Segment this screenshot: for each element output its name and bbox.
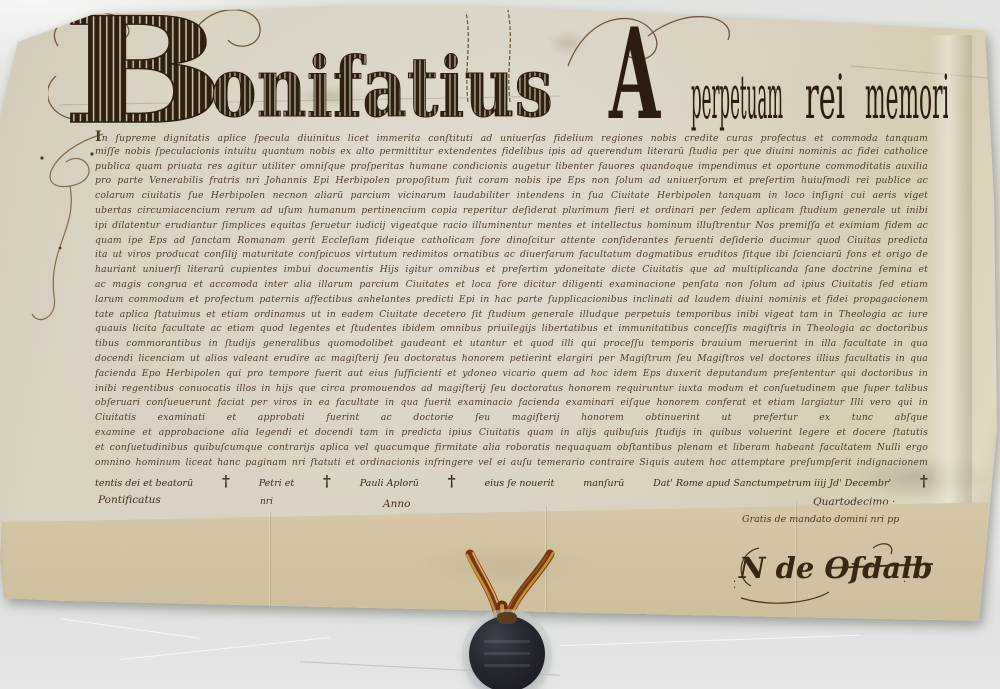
manuscript-line: inibi regentibus conuocatis illos in hij… — [95, 382, 928, 397]
nri-abbreviation: nri — [260, 497, 273, 507]
closing-line: tentis dei et beatorū†Petri et†Pauli Apl… — [95, 472, 928, 489]
manuscript-line: et conſuetudinibus quibuſcumque contrari… — [95, 441, 928, 456]
manuscript-line: pro parte Venerabilis fratris nri Johann… — [95, 174, 928, 189]
svg-text:A: A — [608, 6, 661, 138]
manuscript-line: ac magis congrua et accomoda inter alia … — [95, 278, 928, 293]
illuminated-header: B onifatius A perpetuam rei memoriam — [48, 6, 948, 138]
elongated-script: A perpetuam rei memoriam — [608, 6, 948, 138]
closing-segment: Dat' Rome apud Sanctumpetrum iiij Jd' De… — [653, 478, 891, 489]
cross-mark: † — [222, 474, 230, 489]
manuscript-line: docendi licenciam ut alios valeant erudi… — [95, 352, 928, 367]
manuscript-line: omnino hominum liceat hanc paginam nri ſ… — [95, 456, 928, 471]
seal-inscription-line — [484, 652, 530, 655]
svg-text:memoriam: memoriam — [865, 63, 948, 134]
manuscript-line: ipi dilatentur erudiantur ſimplices equi… — [95, 219, 928, 234]
cross-mark: † — [920, 474, 928, 489]
manuscript-line: publica quam priuata res agitur utiliter… — [95, 160, 928, 175]
pontificatus-label: Pontificatus — [98, 494, 161, 506]
svg-text:B: B — [62, 6, 225, 138]
header-name: onifatius — [211, 40, 553, 136]
manuscript-line: obſeruari conſueuerunt faciat per viros … — [95, 396, 928, 411]
manuscript-line: facienda Epo Herbipolen qui pro tempore … — [95, 367, 928, 382]
manuscript-line: Ciuitatis examinati et approbati fuerint… — [95, 411, 928, 426]
svg-text:onifatius: onifatius — [211, 40, 553, 136]
manuscript-text-block: In ſupreme dignitatis aplice ſpecula diu… — [95, 130, 928, 470]
scribe-signature: N de Oſdalb ⁚ ⁚ — [733, 538, 943, 608]
manuscript-line: miſſe nobis ſpeculacionis intuitu quantu… — [95, 145, 928, 160]
lead-bulla-icon — [469, 616, 545, 689]
manuscript-line: quam ipe Eps ad ſanctam Romanam gerit Ec… — [95, 234, 928, 249]
manuscript-line: quauis licita facultate ac etiam quod le… — [95, 322, 928, 337]
seal-inscription-line — [484, 664, 530, 667]
closing-segment: tentis dei et beatorū — [95, 478, 193, 489]
manuscript-line: larum commodum et profectum paternis aff… — [95, 293, 928, 308]
cord-attachment — [497, 612, 517, 624]
chancery-note: Gratis de mandato domini nri pp — [742, 514, 899, 525]
manuscript-line: hauriant uniuerſi literarū cupientes imb… — [95, 263, 928, 278]
anno-label: Anno — [383, 498, 410, 510]
closing-segment: Petri et — [259, 478, 294, 489]
svg-text:⁚: ⁚ — [903, 574, 906, 585]
fold-crease — [269, 512, 271, 607]
cross-mark: † — [323, 474, 331, 489]
manuscript-line: ubertas circumiacencium rerum ad uſum hu… — [95, 204, 928, 219]
manuscript-line: In ſupreme dignitatis aplice ſpecula diu… — [95, 130, 928, 145]
closing-segment: Pauli Aplorū — [360, 478, 419, 489]
closing-segment: eius ſe nouerit — [485, 478, 555, 489]
manuscript-line: ita ut viros producat conſilij maturitat… — [95, 248, 928, 263]
svg-text:rei: rei — [805, 63, 845, 134]
photograph-of-papal-bull: { "document": { "header": { "initial": "… — [0, 0, 1000, 689]
initial-B: B — [62, 6, 225, 138]
closing-segment: manſurū — [583, 478, 624, 489]
seal-inscription-line — [484, 640, 530, 643]
manuscript-line: examine et approbacione alia legendi et … — [95, 426, 928, 441]
manuscript-line: tibus commorantibus in ſtudijs generalib… — [95, 337, 928, 352]
svg-text:⁚: ⁚ — [733, 580, 736, 591]
cross-mark: † — [448, 474, 456, 489]
svg-text:perpetuam: perpetuam — [691, 63, 783, 134]
manuscript-line: tate aplica ſtatuimus et etiam ordinamus… — [95, 308, 928, 323]
manuscript-line: colarum ciuitatis ſue Herbipolen necnon … — [95, 189, 928, 204]
